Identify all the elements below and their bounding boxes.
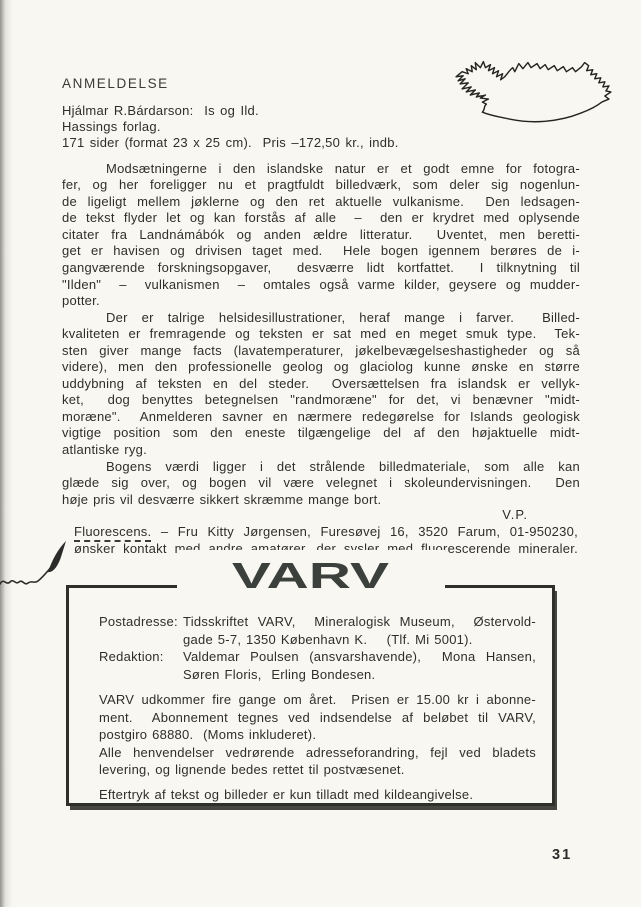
text-line: VARV udkommer fire gange om året. Prisen…	[99, 691, 536, 709]
reprint-notice: Eftertryk af tekst og billeder er kun ti…	[99, 786, 536, 804]
text-line: potter.	[62, 293, 580, 310]
text-line: Eftertryk af tekst og billeder er kun ti…	[99, 786, 536, 804]
varv-logo: VARV	[177, 550, 445, 602]
text-line: levering, og lignende bedes rettet til p…	[99, 761, 536, 779]
editors-row: Redaktion: Valdemar Poulsen (ansvarshave…	[99, 648, 536, 683]
text-line: Hjálmar R.Bárdarson: Is og Ild.	[62, 103, 580, 119]
text-line: Der er talrige helsidesillustrationer, h…	[62, 310, 580, 327]
editors-value: Valdemar Poulsen (ansvarshavende), Mona …	[183, 648, 536, 683]
postal-address-label: Postadresse:	[99, 613, 183, 648]
text-line: "Ilden" – vulkanismen – omtales også var…	[62, 277, 580, 294]
text-line: kvaliteten er fremragende og teksten er …	[62, 326, 580, 343]
text-line: vigtige position som den eneste tilgænge…	[62, 425, 580, 442]
notice-text: – Fru Kitty Jørgensen, Furesøvej 16, 352…	[151, 524, 578, 539]
text-line: 171 sider (format 23 x 25 cm). Pris –172…	[62, 135, 580, 151]
text-line: gangværende forskningsopgaver, desværre …	[62, 260, 580, 277]
text-line: Hassings forlag.	[62, 119, 580, 135]
book-info: Hjálmar R.Bárdarson: Is og Ild.Hassings …	[62, 103, 580, 151]
text-line: gade 5-7, 1350 København K. (Tlf. Mi 500…	[183, 631, 536, 649]
review-paragraph: Modsætningerne i den islandske natur er …	[62, 161, 580, 310]
text-line: Bogens værdi ligger i det strålende bill…	[62, 459, 580, 476]
scanned-document-page: ANMELDELSE Hjálmar R.Bárdarson: Is og Il…	[0, 0, 641, 907]
text-line: Tidsskriftet VARV, Mineralogisk Museum, …	[183, 613, 536, 631]
text-line: Søren Floris, Erling Bondesen.	[183, 666, 536, 684]
page-number: 31	[552, 847, 572, 863]
text-line: ket, dog benyttes betegnelsen "randmoræn…	[62, 392, 580, 409]
text-line: høje pris vil desværre sikkert skræmme m…	[62, 492, 580, 509]
review-header: ANMELDELSE	[62, 76, 580, 91]
scan-edge-shadow	[0, 0, 12, 907]
review-paragraph: Der er talrige helsidesillustrationer, h…	[62, 310, 580, 459]
text-line: glæde sig over, og bogen vil være velegn…	[62, 475, 580, 492]
review-paragraph: Bogens værdi ligger i det strålende bill…	[62, 459, 580, 509]
subscription-paragraph: VARV udkommer fire gange om året. Prisen…	[99, 691, 536, 744]
reviewer-initials: V.P.	[62, 507, 580, 523]
text-line: citater fra Landnámábók og anden ældre l…	[62, 227, 580, 244]
text-line: atlantiske ryg.	[62, 442, 580, 459]
text-line: fer, og her foreligger nu et pragtfuldt …	[62, 177, 580, 194]
editors-label: Redaktion:	[99, 648, 183, 683]
varv-colophon-box: VARV Postadresse: Tidsskriftet VARV, Min…	[66, 585, 555, 806]
postal-address-row: Postadresse: Tidsskriftet VARV, Mineralo…	[99, 613, 536, 648]
address-change-paragraph: Alle henvendelser vedrørende adressefora…	[99, 744, 536, 779]
text-line: videre), men den professionelle geolog o…	[62, 359, 580, 376]
text-line: get er havisen og drivisen taget med. He…	[62, 243, 580, 260]
varv-logo-text: VARV	[232, 555, 389, 597]
text-line: Modsætningerne i den islandske natur er …	[62, 161, 580, 178]
text-line: de ligeligt mellem jøklerne og den ret a…	[62, 194, 580, 211]
text-line: moræne". Anmelderen savner en nærmere re…	[62, 409, 580, 426]
text-line: uddybning af teksten en del steder. Over…	[62, 376, 580, 393]
postal-address-value: Tidsskriftet VARV, Mineralogisk Museum, …	[183, 613, 536, 648]
text-line: sten giver mange facts (lavatemperaturer…	[62, 343, 580, 360]
text-line: de tekst flyder let og kan forstås af al…	[62, 210, 580, 227]
text-line: Alle henvendelser vedrørende adressefora…	[99, 744, 536, 762]
review-body: Modsætningerne i den islandske natur er …	[62, 161, 580, 523]
underlined-keyword: Fluorescens.	[74, 524, 151, 542]
spacer	[99, 683, 536, 691]
hand-drawn-arrow-icon	[0, 534, 72, 592]
text-line: ment. Abonnement tegnes ved indsendelse …	[99, 709, 536, 727]
review-article: ANMELDELSE Hjálmar R.Bárdarson: Is og Il…	[62, 76, 580, 523]
text-line: Valdemar Poulsen (ansvarshavende), Mona …	[183, 648, 536, 666]
varv-box-content: Postadresse: Tidsskriftet VARV, Mineralo…	[69, 588, 552, 803]
text-line: Fluorescens. – Fru Kitty Jørgensen, Fure…	[74, 524, 578, 541]
text-line: postgiro 68880. (Moms inkluderet).	[99, 726, 536, 744]
